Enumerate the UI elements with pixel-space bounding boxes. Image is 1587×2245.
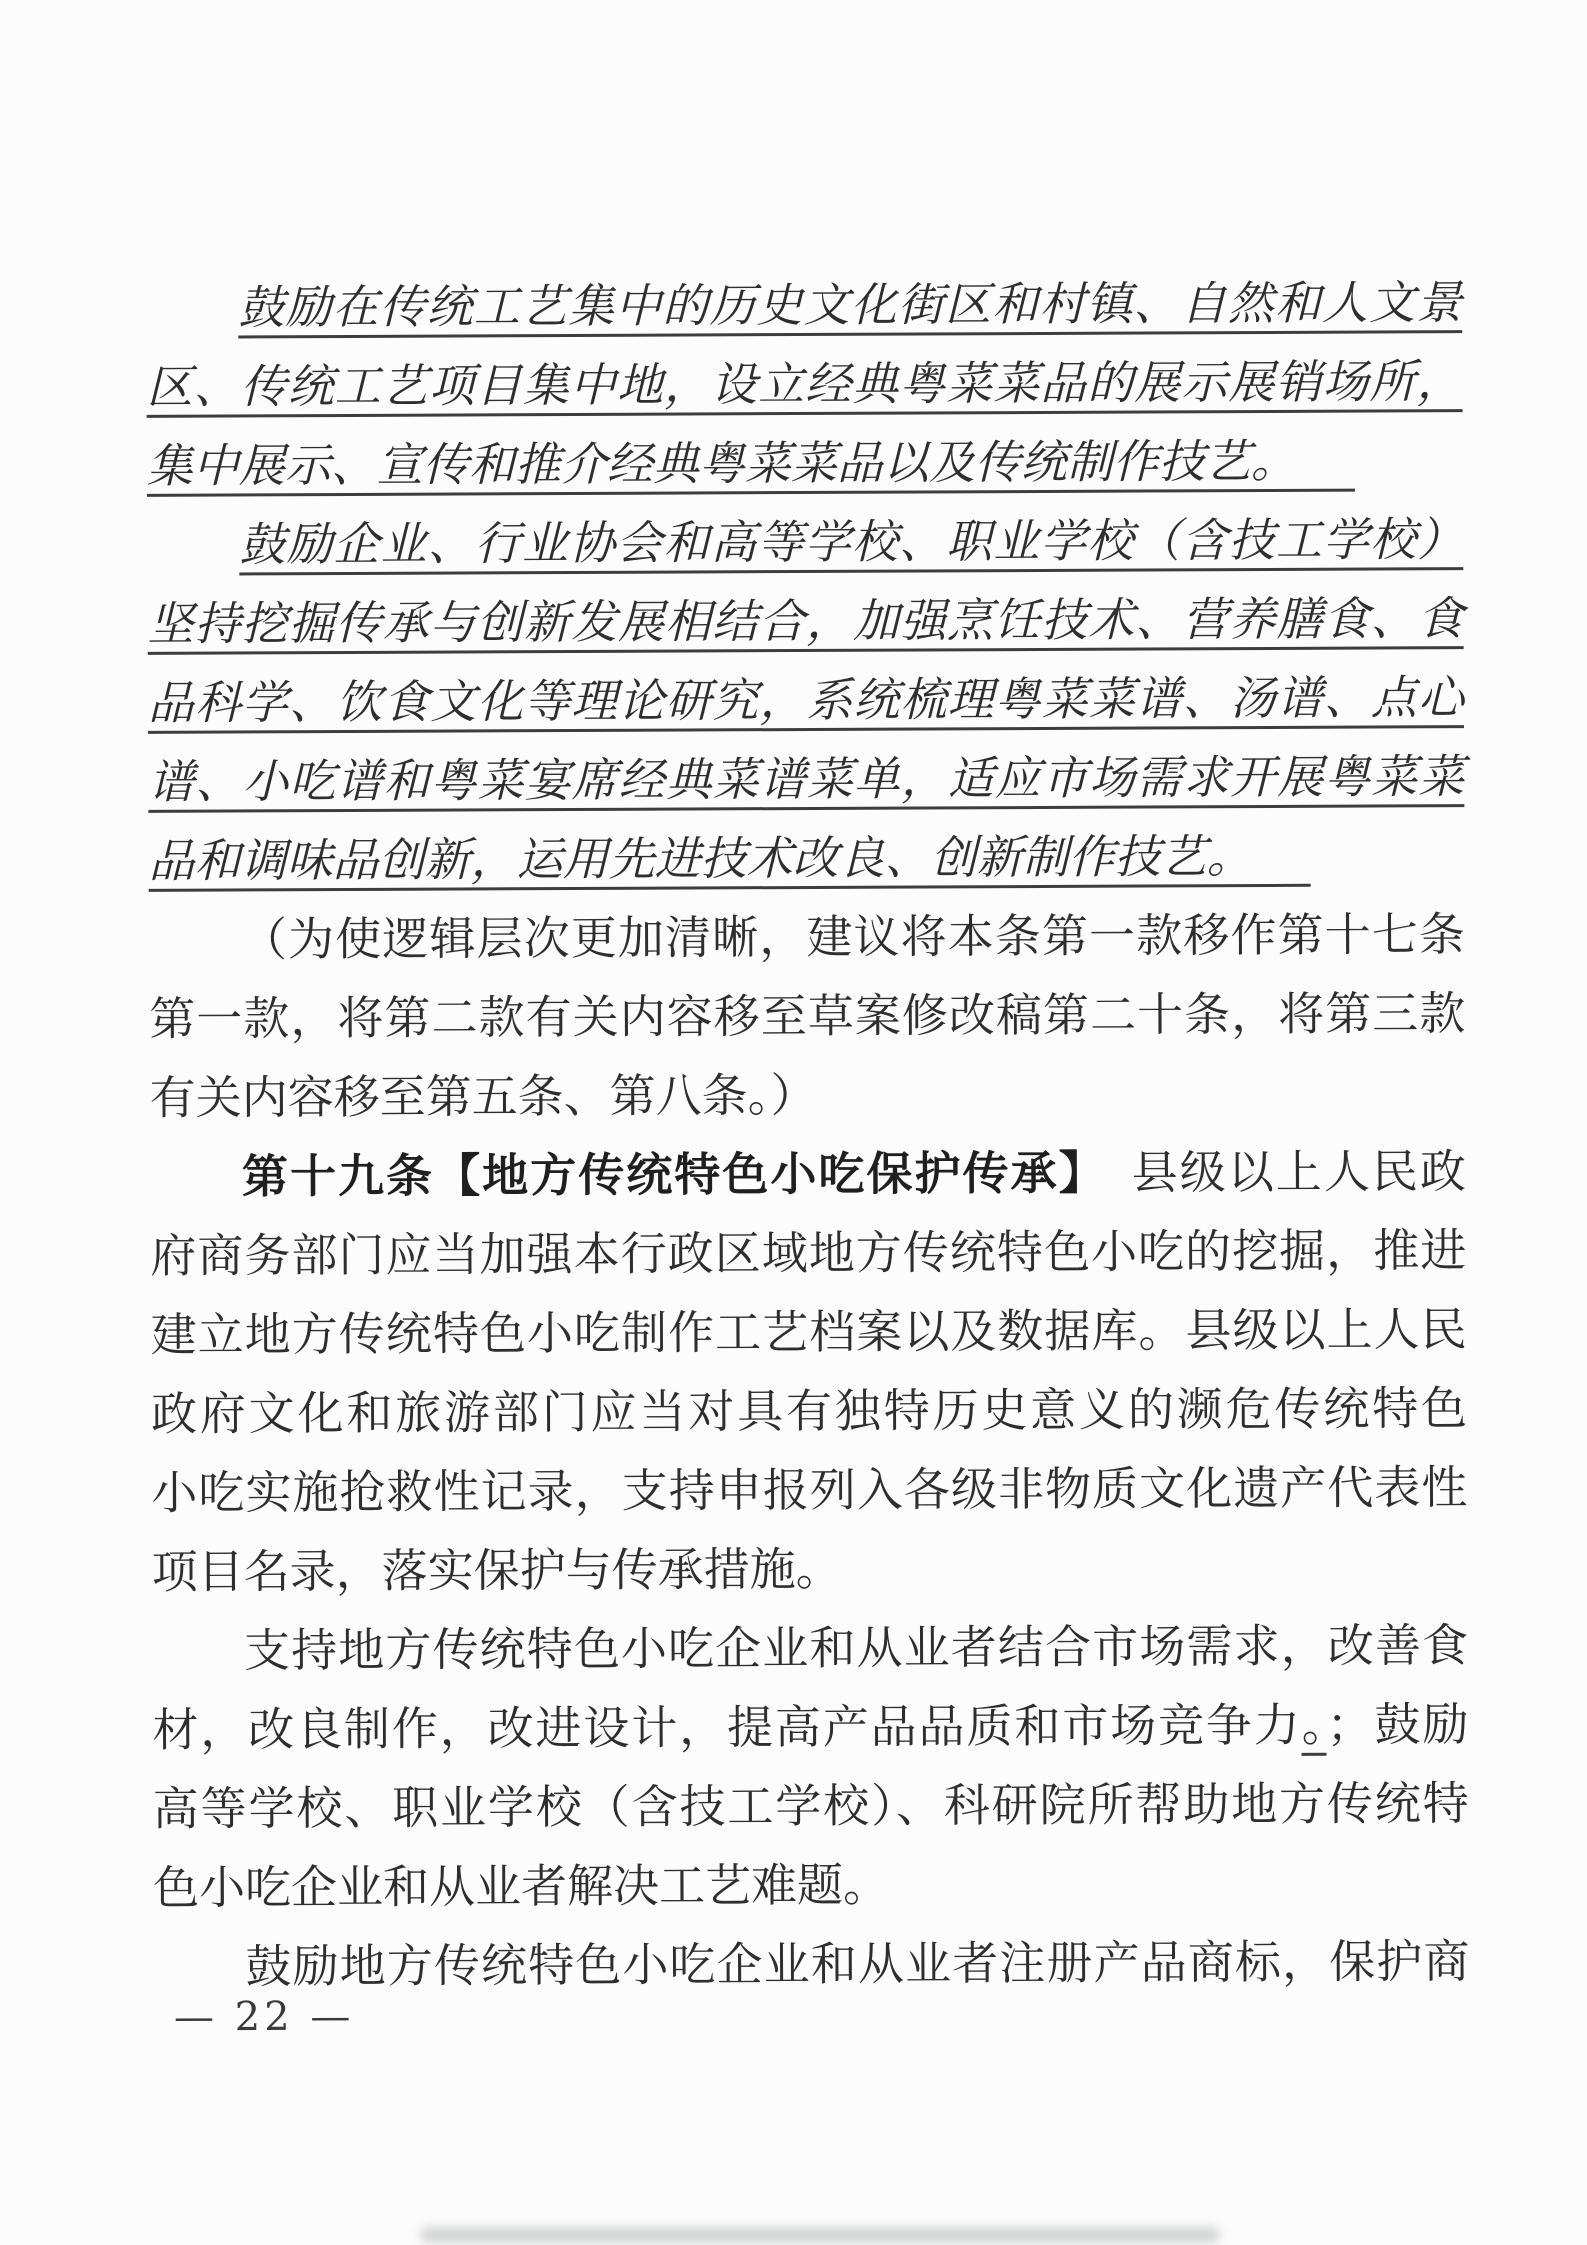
text-line-3: 集中展示、宣传和推介经典粤菜菜品以及传统制作技艺。	[147, 421, 1463, 506]
page-number: — 22 —	[174, 1994, 354, 2041]
text-segment: 色小吃企业和从业者解决工艺难题。	[153, 1858, 889, 1915]
text-segment: 有关内容移至第五条、第八条。）	[150, 1068, 817, 1125]
text-line-4: 鼓励企业、行业协会和高等学校、职业学校（含技工学校）	[147, 500, 1463, 585]
text-segment: 品科学、饮食文化等理论研究，系统梳理粤菜菜谱、汤谱、点心	[148, 670, 1464, 734]
text-line-8: 品和调味品创新，运用先进技术改良、创新制作技艺。	[148, 816, 1464, 901]
text-line-18: 支持地方传统特色小吃企业和从业者结合市场需求，改善食	[152, 1606, 1468, 1691]
document-body: 鼓励在传统工艺集中的历史文化街区和村镇、自然和人文景区、传统工艺项目集中地，设立…	[146, 263, 1470, 2007]
document-page: 鼓励在传统工艺集中的历史文化街区和村镇、自然和人文景区、传统工艺项目集中地，设立…	[0, 0, 1587, 2245]
text-line-14: 建立地方传统特色小吃制作工艺档案以及数据库。县级以上人民	[150, 1290, 1466, 1375]
text-line-19: 材，改良制作，改进设计，提高产品品质和市场竞争力。；鼓励	[152, 1685, 1468, 1770]
text-segment: 坚持挖掘传承与创新发展相结合，加强烹饪技术、营养膳食、食	[147, 591, 1463, 655]
text-line-9: （为使逻辑层次更加清晰，建议将本条第一款移作第十七条	[149, 895, 1465, 980]
text-segment: 品和调味品创新，运用先进技术改良、创新制作技艺。	[148, 829, 1310, 892]
text-segment: 县级以上人民政	[1084, 1144, 1467, 1200]
text-line-10: 第一款，将第二款有关内容移至草案修改稿第二十条，将第三款	[149, 974, 1465, 1059]
text-segment: 小吃实施抢救性记录，支持申报列入各级非物质文化遗产代表性	[151, 1460, 1467, 1520]
text-line-5: 坚持挖掘传承与创新发展相结合，加强烹饪技术、营养膳食、食	[147, 579, 1463, 664]
text-line-17: 项目名录，落实保护与传承措施。	[152, 1527, 1468, 1612]
text-segment: 区、传统工艺项目集中地，设立经典粤菜菜品的展示展销场所，	[146, 354, 1462, 418]
text-segment: 鼓励在传统工艺集中的历史文化街区和村镇、自然和人文景	[238, 275, 1462, 338]
text-line-7: 谱、小吃谱和粤菜宴席经典菜谱菜单，适应市场需求开展粤菜菜	[148, 737, 1464, 822]
text-line-6: 品科学、饮食文化等理论研究，系统梳理粤菜菜谱、汤谱、点心	[148, 658, 1464, 743]
text-line-21: 色小吃企业和从业者解决工艺难题。	[153, 1843, 1469, 1928]
text-segment: 项目名录，落实保护与传承措施。	[152, 1542, 842, 1599]
text-segment: 。	[1302, 1698, 1327, 1756]
text-segment: 材，改良制作，改进设计，提高产品品质和市场竞争力	[152, 1698, 1302, 1757]
text-segment: 建立地方传统特色小吃制作工艺档案以及数据库。县级以上人民	[151, 1302, 1467, 1362]
text-segment: 第一款，将第二款有关内容移至草案修改稿第二十条，将第三款	[149, 986, 1465, 1046]
text-line-11: 有关内容移至第五条、第八条。）	[149, 1053, 1465, 1138]
text-segment: （为使逻辑层次更加清晰，建议将本条第一款移作第十七条	[241, 907, 1465, 966]
text-line-1: 鼓励在传统工艺集中的历史文化街区和村镇、自然和人文景	[146, 263, 1462, 348]
text-segment: 鼓励地方传统特色小吃企业和从业者注册产品商标，保护商	[245, 1934, 1469, 1993]
text-segment: 第十九条【地方传统特色小吃保护传承】	[242, 1146, 1084, 1204]
text-line-20: 高等学校、职业学校（含技工学校）、科研院所帮助地方传统特	[153, 1764, 1469, 1849]
text-segment: ；鼓励	[1326, 1697, 1468, 1752]
text-segment: 集中展示、宣传和推介经典粤菜菜品以及传统制作技艺。	[147, 434, 1355, 497]
text-segment: 高等学校、职业学校（含技工学校）、科研院所帮助地方传统特	[153, 1776, 1469, 1836]
text-segment: 府商务部门应当加强本行政区域地方传统特色小吃的挖掘，推进	[150, 1223, 1466, 1283]
text-line-13: 府商务部门应当加强本行政区域地方传统特色小吃的挖掘，推进	[150, 1211, 1466, 1296]
scan-artifact	[420, 2227, 1220, 2243]
text-line-15: 政府文化和旅游部门应当对具有独特历史意义的濒危传统特色	[151, 1369, 1467, 1454]
text-segment: 支持地方传统特色小吃企业和从业者结合市场需求，改善食	[244, 1618, 1468, 1677]
text-segment: 政府文化和旅游部门应当对具有独特历史意义的濒危传统特色	[151, 1381, 1467, 1441]
text-line-2: 区、传统工艺项目集中地，设立经典粤菜菜品的展示展销场所，	[146, 342, 1462, 427]
text-segment: 谱、小吃谱和粤菜宴席经典菜谱菜单，适应市场需求开展粤菜菜	[148, 749, 1464, 813]
text-line-12: 第十九条【地方传统特色小吃保护传承】 县级以上人民政	[150, 1132, 1466, 1217]
text-segment: 鼓励企业、行业协会和高等学校、职业学校（含技工学校）	[239, 512, 1463, 575]
text-line-16: 小吃实施抢救性记录，支持申报列入各级非物质文化遗产代表性	[151, 1448, 1467, 1533]
